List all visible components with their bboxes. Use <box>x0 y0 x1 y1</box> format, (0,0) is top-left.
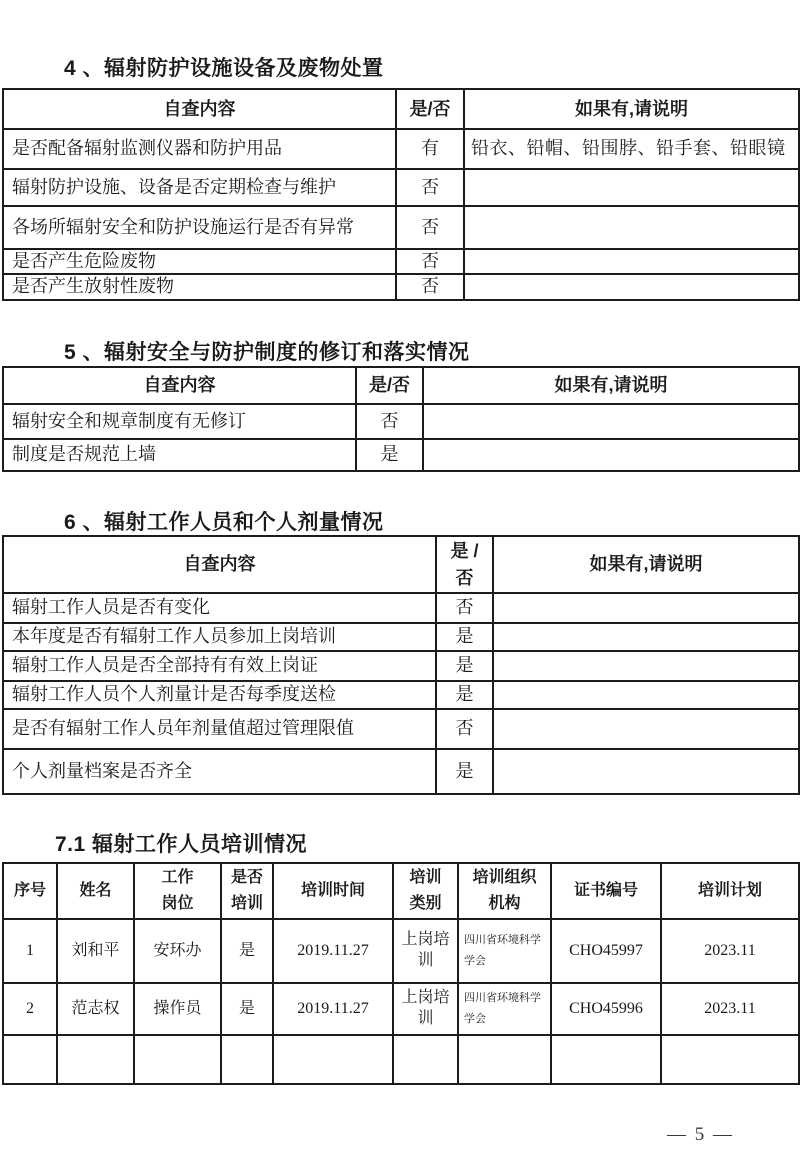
trained-cell: 是 <box>221 919 273 983</box>
note-cell <box>423 404 799 439</box>
cert-cell: CHO45996 <box>551 983 661 1035</box>
note-cell <box>493 681 799 709</box>
header-name: 姓名 <box>57 863 134 919</box>
header-item: 自查内容 <box>3 89 396 129</box>
header-note: 如果有,请说明 <box>464 89 799 129</box>
note-cell: 铅衣、铅帽、铅围脖、铅手套、铅眼镜 <box>464 129 799 169</box>
org-cell: 四川省环境科学学会 <box>458 919 551 983</box>
answer-cell: 否 <box>356 404 423 439</box>
table-row: 各场所辐射安全和防护设施运行是否有异常 否 <box>3 206 799 249</box>
answer-cell: 是 <box>436 749 493 794</box>
index-cell <box>3 1035 57 1084</box>
training-table: 序号 姓名 工作 岗位 是否 培训 培训时间 培训 类别 培训组织 机构 证书编… <box>2 862 800 1085</box>
header-cert: 证书编号 <box>551 863 661 919</box>
plan-cell <box>661 1035 799 1084</box>
answer-cell: 是 <box>356 439 423 471</box>
header-plan: 培训计划 <box>661 863 799 919</box>
date-cell <box>273 1035 393 1084</box>
header-trained: 是否 培训 <box>221 863 273 919</box>
answer-cell: 否 <box>396 274 464 299</box>
header-yesno: 是/否 <box>356 367 423 404</box>
item-cell: 辐射安全和规章制度有无修订 <box>3 404 356 439</box>
item-cell: 辐射防护设施、设备是否定期检查与维护 <box>3 169 396 206</box>
item-cell: 辐射工作人员个人剂量计是否每季度送检 <box>3 681 436 709</box>
answer-cell: 否 <box>396 249 464 274</box>
table-row: 是否配备辐射监测仪器和防护用品 有 铅衣、铅帽、铅围脖、铅手套、铅眼镜 <box>3 129 799 169</box>
note-cell <box>493 651 799 681</box>
item-cell: 个人剂量档案是否齐全 <box>3 749 436 794</box>
answer-cell: 否 <box>396 206 464 249</box>
table-row: 2 范志权 操作员 是 2019.11.27 上岗培训 四川省环境科学学会 CH… <box>3 983 799 1035</box>
plan-cell: 2023.11 <box>661 983 799 1035</box>
note-cell <box>464 169 799 206</box>
section-6-title: 6 、辐射工作人员和个人剂量情况 <box>64 506 384 536</box>
table-row: 制度是否规范上墙 是 <box>3 439 799 471</box>
section-4-title: 4 、辐射防护设施设备及废物处置 <box>64 52 384 82</box>
section-5-title: 5 、辐射安全与防护制度的修订和落实情况 <box>64 336 470 366</box>
name-cell: 刘和平 <box>57 919 134 983</box>
cert-cell <box>551 1035 661 1084</box>
header-type: 培训 类别 <box>393 863 458 919</box>
note-cell <box>493 593 799 623</box>
item-cell: 制度是否规范上墙 <box>3 439 356 471</box>
header-yesno: 是 / 否 <box>436 536 493 593</box>
header-item: 自查内容 <box>3 536 436 593</box>
answer-cell: 是 <box>436 651 493 681</box>
table-row: 本年度是否有辐射工作人员参加上岗培训 是 <box>3 623 799 651</box>
position-cell: 操作员 <box>134 983 221 1035</box>
name-cell: 范志权 <box>57 983 134 1035</box>
section-7-title: 7.1 辐射工作人员培训情况 <box>55 828 307 858</box>
note-cell <box>493 709 799 749</box>
position-cell <box>134 1035 221 1084</box>
item-cell: 本年度是否有辐射工作人员参加上岗培训 <box>3 623 436 651</box>
note-cell <box>464 274 799 299</box>
table-header-row: 自查内容 是/否 如果有,请说明 <box>3 367 799 404</box>
note-cell <box>423 439 799 471</box>
section-4-table: 自查内容 是/否 如果有,请说明 是否配备辐射监测仪器和防护用品 有 铅衣、铅帽… <box>2 88 800 301</box>
table-row: 辐射安全和规章制度有无修订 否 <box>3 404 799 439</box>
date-cell: 2019.11.27 <box>273 919 393 983</box>
table-header-row: 自查内容 是 / 否 如果有,请说明 <box>3 536 799 593</box>
item-cell: 各场所辐射安全和防护设施运行是否有异常 <box>3 206 396 249</box>
header-date: 培训时间 <box>273 863 393 919</box>
date-cell: 2019.11.27 <box>273 983 393 1035</box>
section-5-table: 自查内容 是/否 如果有,请说明 辐射安全和规章制度有无修订 否 制度是否规范上… <box>2 366 800 472</box>
answer-cell: 否 <box>436 593 493 623</box>
table-row: 辐射防护设施、设备是否定期检查与维护 否 <box>3 169 799 206</box>
header-note: 如果有,请说明 <box>493 536 799 593</box>
header-org: 培训组织 机构 <box>458 863 551 919</box>
answer-cell: 否 <box>436 709 493 749</box>
item-cell: 辐射工作人员是否有变化 <box>3 593 436 623</box>
answer-cell: 否 <box>396 169 464 206</box>
table-row: 辐射工作人员是否有变化 否 <box>3 593 799 623</box>
org-cell <box>458 1035 551 1084</box>
header-note: 如果有,请说明 <box>423 367 799 404</box>
name-cell <box>57 1035 134 1084</box>
table-row: 1 刘和平 安环办 是 2019.11.27 上岗培训 四川省环境科学学会 CH… <box>3 919 799 983</box>
table-row: 是否有辐射工作人员年剂量值超过管理限值 否 <box>3 709 799 749</box>
table-row: 辐射工作人员是否全部持有有效上岗证 是 <box>3 651 799 681</box>
note-cell <box>493 623 799 651</box>
note-cell <box>493 749 799 794</box>
type-cell <box>393 1035 458 1084</box>
header-position: 工作 岗位 <box>134 863 221 919</box>
answer-cell: 是 <box>436 623 493 651</box>
note-cell <box>464 206 799 249</box>
item-cell: 是否产生危险废物 <box>3 249 396 274</box>
position-cell: 安环办 <box>134 919 221 983</box>
table-row: 个人剂量档案是否齐全 是 <box>3 749 799 794</box>
page-number: — 5 — <box>0 1124 800 1146</box>
index-cell: 1 <box>3 919 57 983</box>
trained-cell <box>221 1035 273 1084</box>
header-yesno: 是/否 <box>396 89 464 129</box>
table-header-row: 序号 姓名 工作 岗位 是否 培训 培训时间 培训 类别 培训组织 机构 证书编… <box>3 863 799 919</box>
table-row: 是否产生放射性废物 否 <box>3 274 799 299</box>
header-index: 序号 <box>3 863 57 919</box>
cert-cell: CHO45997 <box>551 919 661 983</box>
type-cell: 上岗培训 <box>393 983 458 1035</box>
scanned-document-page: { "document": { "footer_page_number": "—… <box>0 0 800 1162</box>
item-cell: 是否配备辐射监测仪器和防护用品 <box>3 129 396 169</box>
header-item: 自查内容 <box>3 367 356 404</box>
table-header-row: 自查内容 是/否 如果有,请说明 <box>3 89 799 129</box>
trained-cell: 是 <box>221 983 273 1035</box>
table-row: 辐射工作人员个人剂量计是否每季度送检 是 <box>3 681 799 709</box>
answer-cell: 是 <box>436 681 493 709</box>
section-6-table: 自查内容 是 / 否 如果有,请说明 辐射工作人员是否有变化 否 本年度是否有辐… <box>2 535 800 795</box>
item-cell: 是否有辐射工作人员年剂量值超过管理限值 <box>3 709 436 749</box>
index-cell: 2 <box>3 983 57 1035</box>
plan-cell: 2023.11 <box>661 919 799 983</box>
answer-cell: 有 <box>396 129 464 169</box>
type-cell: 上岗培训 <box>393 919 458 983</box>
table-row: 是否产生危险废物 否 <box>3 249 799 274</box>
item-cell: 辐射工作人员是否全部持有有效上岗证 <box>3 651 436 681</box>
note-cell <box>464 249 799 274</box>
org-cell: 四川省环境科学学会 <box>458 983 551 1035</box>
item-cell: 是否产生放射性废物 <box>3 274 396 299</box>
table-row-empty <box>3 1035 799 1084</box>
